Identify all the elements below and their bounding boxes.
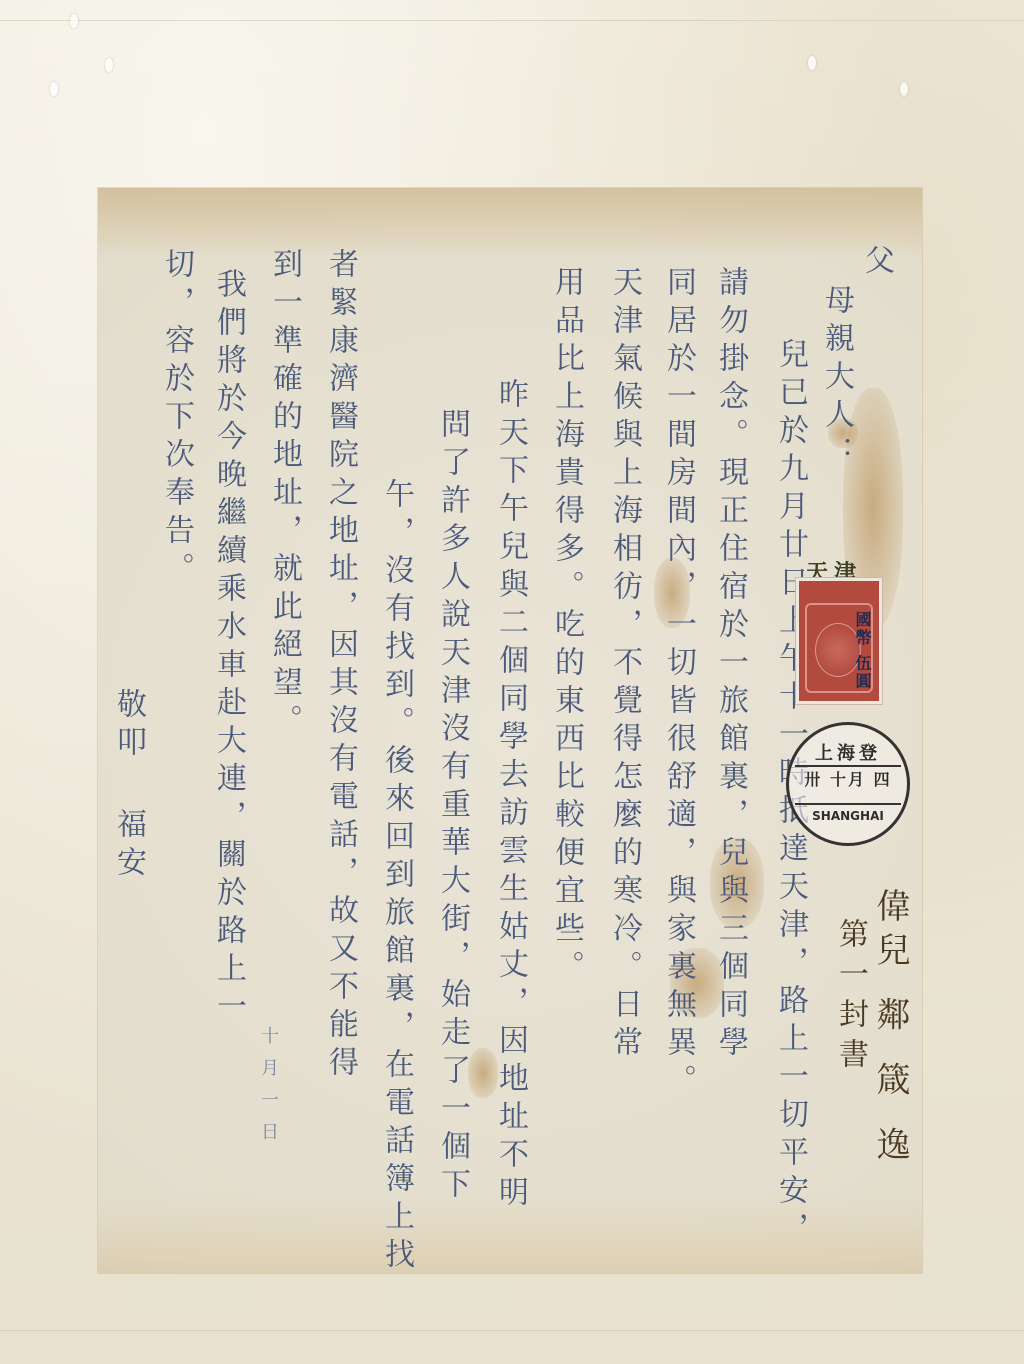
postmark-city: 上海登 bbox=[789, 739, 907, 765]
endorsement-line2: 第一封書 bbox=[828, 918, 872, 1078]
endorsement-line1: 偉兒 鄰 箴 逸 bbox=[866, 888, 915, 1170]
letter-column-4: 天津氣候與上海相彷，不覺得怎麼的寒冷。日常 bbox=[604, 266, 644, 1064]
letter-column-3: 同居於一間房間內，一切皆很舒適，與家裏無異。 bbox=[658, 266, 698, 1102]
postmark-bar bbox=[795, 803, 901, 805]
mount-fold-line bbox=[0, 1330, 1024, 1331]
letter-column-10: 到一準確的地址，就此絕望。 bbox=[264, 248, 304, 742]
letter-column-2: 請勿掛念。現正住宿於一旅館裏，兒與三個同學 bbox=[710, 266, 750, 1064]
mount-pinhole bbox=[70, 14, 78, 28]
closing-salutation: 敬叩 bbox=[108, 688, 148, 764]
letter-column-8: 午，沒有找到。後來回到旅館裏，在電話簿上找 bbox=[376, 478, 416, 1276]
mount-fold-line bbox=[0, 20, 1024, 21]
closing-blessing: 福安 bbox=[108, 808, 148, 884]
letter-column-6: 昨天下午兒與二個同學去訪雲生姑丈，因地址不明 bbox=[490, 378, 530, 1214]
letter-sheet: 父 母親大人： 兒已於九月廿日上午十一時抵達天津，路上一切平安， 請勿掛念。現正… bbox=[98, 188, 922, 1273]
postmark-date: 卅 十月 四 bbox=[789, 767, 907, 790]
letter-column-11: 我們將於今晚繼續乘水車赴大連，關於路上一 bbox=[208, 268, 248, 1028]
mount-pinhole bbox=[105, 58, 113, 72]
mount-pinhole bbox=[900, 82, 908, 96]
letter-column-12: 切，容於下次奉告。 bbox=[156, 248, 196, 590]
date-note: 十月一日 bbox=[248, 1026, 288, 1154]
postmark: 上海登 卅 十月 四 SHANGHAI bbox=[786, 722, 910, 846]
postage-stamp: 國幣 伍圓 bbox=[796, 578, 882, 704]
postmark-latin: SHANGHAI bbox=[789, 809, 907, 823]
letter-column-5: 用品比上海貴得多。吃的東西比較便宜些。 bbox=[546, 266, 586, 988]
stamp-overprint: 國幣 伍圓 bbox=[811, 611, 871, 691]
letter-column-7: 問了許多人說天津沒有重華大街，始走了一個下 bbox=[432, 408, 472, 1206]
salutation-line1: 父 bbox=[856, 244, 896, 282]
mount-pinhole bbox=[808, 56, 816, 70]
letter-column-9: 者緊康濟醫院之地址，因其沒有電話，故又不能得 bbox=[320, 248, 360, 1084]
salutation-line2: 母親大人： bbox=[816, 284, 856, 474]
mount-pinhole bbox=[50, 82, 58, 96]
